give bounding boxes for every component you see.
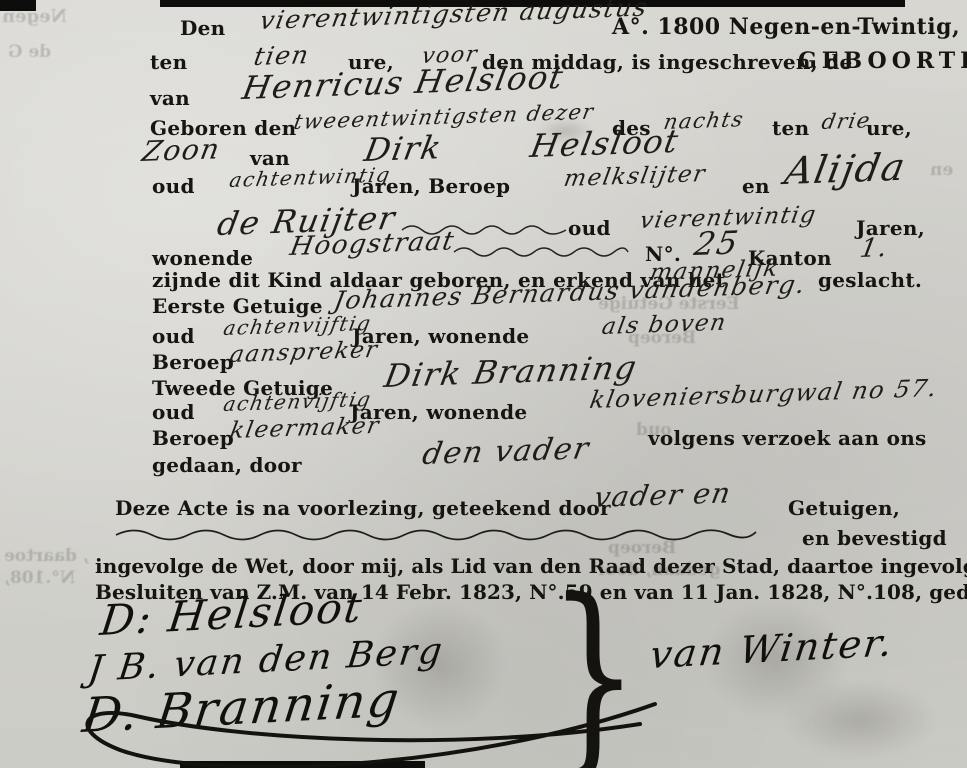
handwritten-first-witness-occupation: aanspreker [228,339,380,367]
handwritten-house-number: 25 [692,226,742,260]
printed-word-oud3: oud [152,326,195,346]
handwritten-zoon: Zoon [140,135,223,166]
printed-word-ten2: ten [772,118,809,138]
ink-brace: } [548,582,639,768]
ink-flourish [452,244,632,260]
printed-geboorte-heading: GEBOORTE [798,50,967,72]
printed-word-oud2: oud [568,218,611,238]
handwritten-birth-hour: drie [820,110,873,133]
signature-father: D: Helsloot [98,586,366,642]
handwritten-hour: tien [252,42,312,69]
handwritten-requested-by: den vader [420,434,592,470]
handwritten-second-witness-occupation: kleermaker [228,415,382,443]
printed-word-oud: oud [152,176,195,196]
bleedthrough-text: en [930,162,953,179]
printed-beroep2: Beroep [152,428,234,448]
handwritten-signed-by: vader en [592,479,734,512]
handwritten-kanton-number: 1. [858,235,891,262]
handwritten-father-occupation: melkslijter [562,163,708,191]
printed-word-van2: van [250,148,290,168]
printed-word-ten: ten [150,52,187,72]
bleedthrough-text: de G [8,44,51,61]
printed-word-den: Den [180,18,226,38]
signature-registrar: van Winter. [648,623,896,674]
bleedthrough-text: , daartoe [4,548,89,565]
handwritten-child-name: Henricus Helsloot [240,61,567,104]
handwritten-first-witness-age: achtenvijftig [222,313,373,338]
printed-geslacht: geslacht. [818,270,922,290]
handwritten-street: Hoogstraat [288,228,457,260]
printed-deze-acte: Deze Acte is na voorlezing, geteekend do… [115,498,611,518]
printed-beroep: Beroep [152,352,234,372]
printed-wonende: wonende [152,248,253,268]
bleedthrough-smudge [780,680,940,760]
printed-gedaan-door: gedaan, door [152,455,302,475]
birth-certificate-scan: Negen de G en Eerste Getuige Beroep oud … [0,0,967,768]
bleedthrough-text: N°.108, [4,570,75,587]
printed-word-oud4: oud [152,402,195,422]
printed-volgens-verzoek: volgens verzoek aan ons [648,428,927,448]
printed-word-ure2: ure, [866,118,912,138]
ink-wavy-line [112,524,762,544]
handwritten-mother-first-name: Alijda [782,148,909,190]
handwritten-registration-date: vierentwintigsten augustus [258,0,650,33]
printed-word-van: van [150,88,190,108]
handwritten-father-first-name: Dirk [362,131,445,166]
printed-year: A°. 1800 Negen-en-Twintig, [612,16,960,38]
handwritten-first-witness-address: als boven [600,312,729,339]
handwritten-father-last-name: Helsloot [528,125,682,162]
printed-getuigen: Getuigen, [788,498,900,518]
printed-en-bevestigd: en bevestigd [802,528,947,548]
handwritten-second-witness-address: kloveniersburgwal no 57. [588,376,940,412]
bleedthrough-text: Negen [2,8,67,26]
printed-word-en: en [742,176,770,196]
printed-ingevolge-de-wet: ingevolge de Wet, door mij, als Lid van … [95,556,967,576]
printed-jaren-beroep: Jaren, Beroep [352,176,510,196]
